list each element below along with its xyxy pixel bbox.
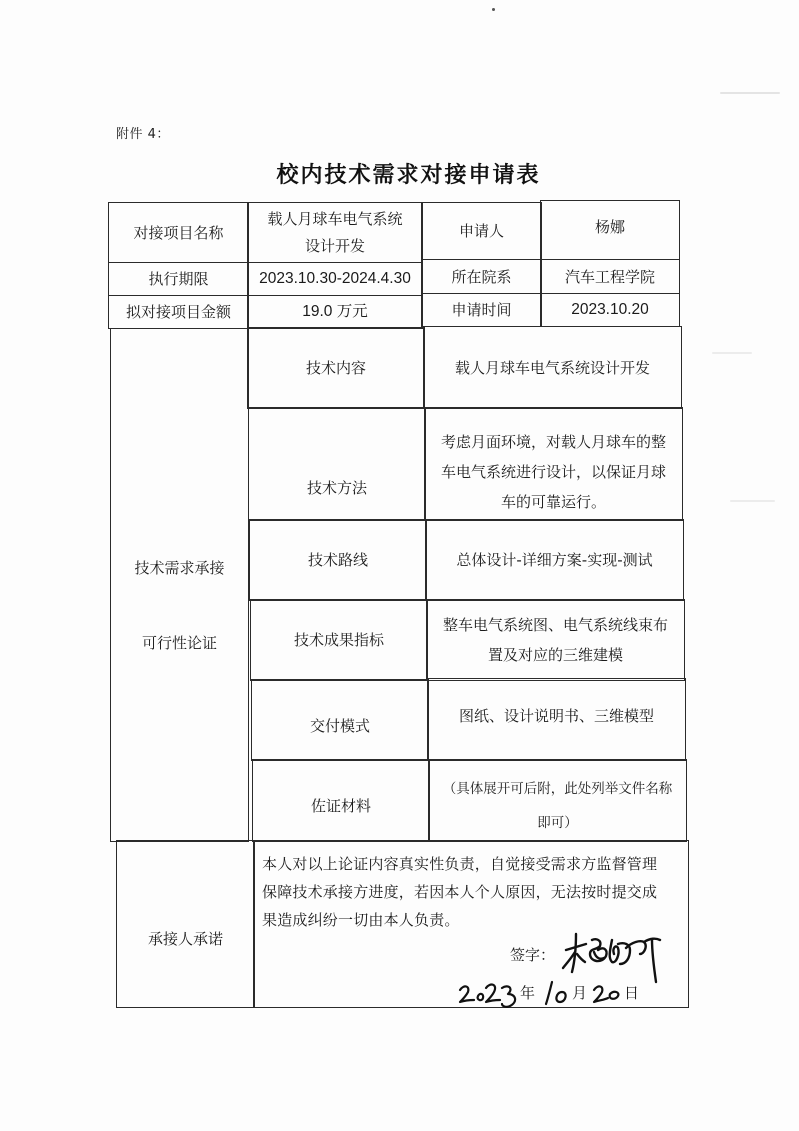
value-project-amount: 19.0 万元 bbox=[247, 295, 423, 329]
document-title: 校内技术需求对接申请表 bbox=[0, 158, 799, 189]
label-delivery-mode: 交付模式 bbox=[251, 679, 429, 761]
handwritten-day bbox=[590, 978, 626, 1008]
value-execution-period: 2023.10.30-2024.4.30 bbox=[247, 262, 423, 296]
value-tech-results: 整车电气系统图、电气系统线束布 置及对应的三维建模 bbox=[426, 599, 685, 681]
value-applicant: 杨娜 bbox=[540, 200, 680, 260]
label-project-amount: 拟对接项目金额 bbox=[108, 295, 249, 329]
value-tech-route: 总体设计-详细方案-实现-测试 bbox=[425, 519, 684, 601]
label-department: 所在院系 bbox=[421, 259, 542, 294]
commitment-text: 本人对以上论证内容真实性负责，自觉接受需求方监督管理 保障技术承接方进度，若因本… bbox=[262, 850, 682, 934]
value-supporting-materials: （具体展开可后附，此处列举文件名称 即可） bbox=[428, 759, 687, 842]
label-commitment: 承接人承诺 bbox=[116, 840, 255, 1008]
label-execution-period: 执行期限 bbox=[108, 262, 249, 296]
value-project-name: 载人月球车电气系统 设计开发 bbox=[247, 202, 423, 263]
commitment-line: 本人对以上论证内容真实性负责，自觉接受需求方监督管理 bbox=[262, 850, 682, 878]
signature-label: 签字： bbox=[510, 944, 555, 965]
label-tech-route: 技术路线 bbox=[249, 519, 427, 601]
label-applicant: 申请人 bbox=[421, 202, 542, 260]
scan-speck bbox=[712, 352, 752, 354]
label-project-name: 对接项目名称 bbox=[108, 202, 249, 263]
section-label-feasibility: 技术需求承接 可行性论证 bbox=[110, 328, 249, 842]
value-delivery-mode: 图纸、设计说明书、三维模型 bbox=[427, 678, 686, 761]
value-department: 汽车工程学院 bbox=[540, 259, 680, 294]
document-page: 附件 4： 校内技术需求对接申请表 对接项目名称 载人月球车电气系统 设计开发 … bbox=[0, 0, 799, 1131]
scan-speck bbox=[730, 500, 775, 502]
day-suffix: 日 bbox=[624, 982, 639, 1003]
label-tech-results: 技术成果指标 bbox=[250, 599, 428, 681]
handwritten-year bbox=[456, 978, 524, 1008]
label-tech-content: 技术内容 bbox=[247, 327, 425, 409]
value-tech-content: 载人月球车电气系统设计开发 bbox=[423, 326, 682, 409]
year-suffix: 年 bbox=[520, 982, 535, 1003]
scan-speck bbox=[720, 92, 780, 94]
scan-speck bbox=[492, 8, 495, 11]
attachment-label: 附件 4： bbox=[116, 123, 170, 142]
handwritten-month bbox=[542, 978, 572, 1008]
label-supporting-materials: 佐证材料 bbox=[252, 759, 430, 842]
label-tech-method: 技术方法 bbox=[248, 407, 426, 521]
month-suffix: 月 bbox=[572, 982, 587, 1003]
commitment-line: 保障技术承接方进度，若因本人个人原因，无法按时提交成 bbox=[262, 878, 682, 906]
label-application-date: 申请时间 bbox=[421, 293, 542, 327]
signature-date: 年 月 日 bbox=[456, 978, 656, 1008]
value-tech-method: 考虑月面环境，对载人月球车的整 车电气系统进行设计，以保证月球 车的可靠运行。 bbox=[424, 407, 683, 521]
value-application-date: 2023.10.20 bbox=[540, 293, 680, 327]
